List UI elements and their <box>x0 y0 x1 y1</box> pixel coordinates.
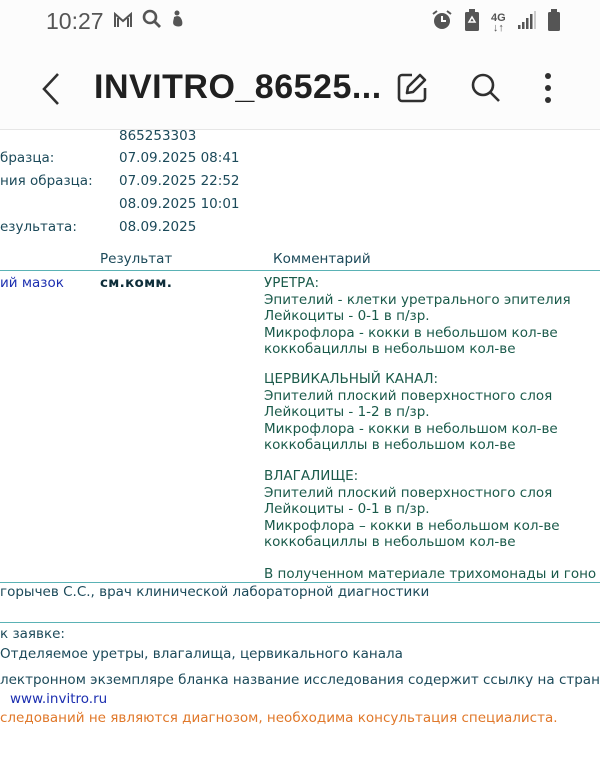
divider <box>0 129 600 130</box>
more-vert-icon <box>532 72 564 104</box>
search-icon <box>142 9 162 34</box>
search-icon <box>470 72 502 104</box>
order-number: 865253303 <box>119 128 196 144</box>
doctor-signature: горычев С.С., врач клинической лаборатор… <box>0 584 429 600</box>
info-value: 08.09.2025 <box>119 219 196 235</box>
column-header-comment: Комментарий <box>273 251 371 267</box>
notification-icon <box>171 9 187 34</box>
alarm-icon <box>431 9 453 36</box>
chevron-left-icon <box>40 72 64 106</box>
disclaimer-text: следований не являются диагнозом, необхо… <box>0 710 558 726</box>
document-title: INVITRO_86525... <box>94 68 382 107</box>
test-result: см.комм. <box>100 275 172 291</box>
info-value: 08.09.2025 10:01 <box>119 196 240 212</box>
battery-saver-icon <box>465 9 479 36</box>
4g-data-icon: 4G ↓↑ <box>491 13 506 33</box>
comment-conclusion: В полученном материале трихомонады и гон… <box>264 566 596 583</box>
order-label: к заявке: <box>0 626 65 642</box>
status-time: 10:27 <box>46 8 104 35</box>
electronic-note: лектронном экземпляре бланка название ис… <box>0 672 600 688</box>
edit-button[interactable] <box>396 72 428 104</box>
table-rule <box>0 270 600 271</box>
test-name-link[interactable]: ий мазок <box>0 275 64 291</box>
battery-icon <box>548 9 560 36</box>
website-link[interactable]: www.invitro.ru <box>10 691 107 707</box>
status-bar: 10:27 4G ↓↑ <box>0 0 600 44</box>
material-text: Отделяемое уретры, влагалища, цервикальн… <box>0 646 403 662</box>
info-value: 07.09.2025 22:52 <box>119 173 240 189</box>
search-button[interactable] <box>470 72 502 104</box>
info-label: езультата: <box>0 219 77 235</box>
comment-urethra: УРЕТРА: Эпителий - клетки уретрального э… <box>264 275 571 358</box>
more-options-button[interactable] <box>532 72 564 104</box>
signal-icon <box>518 10 536 35</box>
edit-icon <box>396 72 428 104</box>
table-rule <box>0 582 600 583</box>
back-button[interactable] <box>40 72 64 106</box>
column-header-result: Результат <box>100 251 172 267</box>
info-label: ния образца: <box>0 173 93 189</box>
info-label: бразца: <box>0 150 54 166</box>
comment-vagina: ВЛАГАЛИЩЕ: Эпителий плоский поверхностно… <box>264 468 560 551</box>
comment-cervical-canal: ЦЕРВИКАЛЬНЫЙ КАНАЛ: Эпителий плоский пов… <box>264 371 558 454</box>
info-value: 07.09.2025 08:41 <box>119 150 240 166</box>
section-rule <box>0 622 600 623</box>
gmail-icon <box>113 11 133 33</box>
pdf-document[interactable]: 865253303 бразца: 07.09.2025 08:41 ния о… <box>0 130 600 771</box>
app-bar: INVITRO_86525... <box>0 44 600 130</box>
